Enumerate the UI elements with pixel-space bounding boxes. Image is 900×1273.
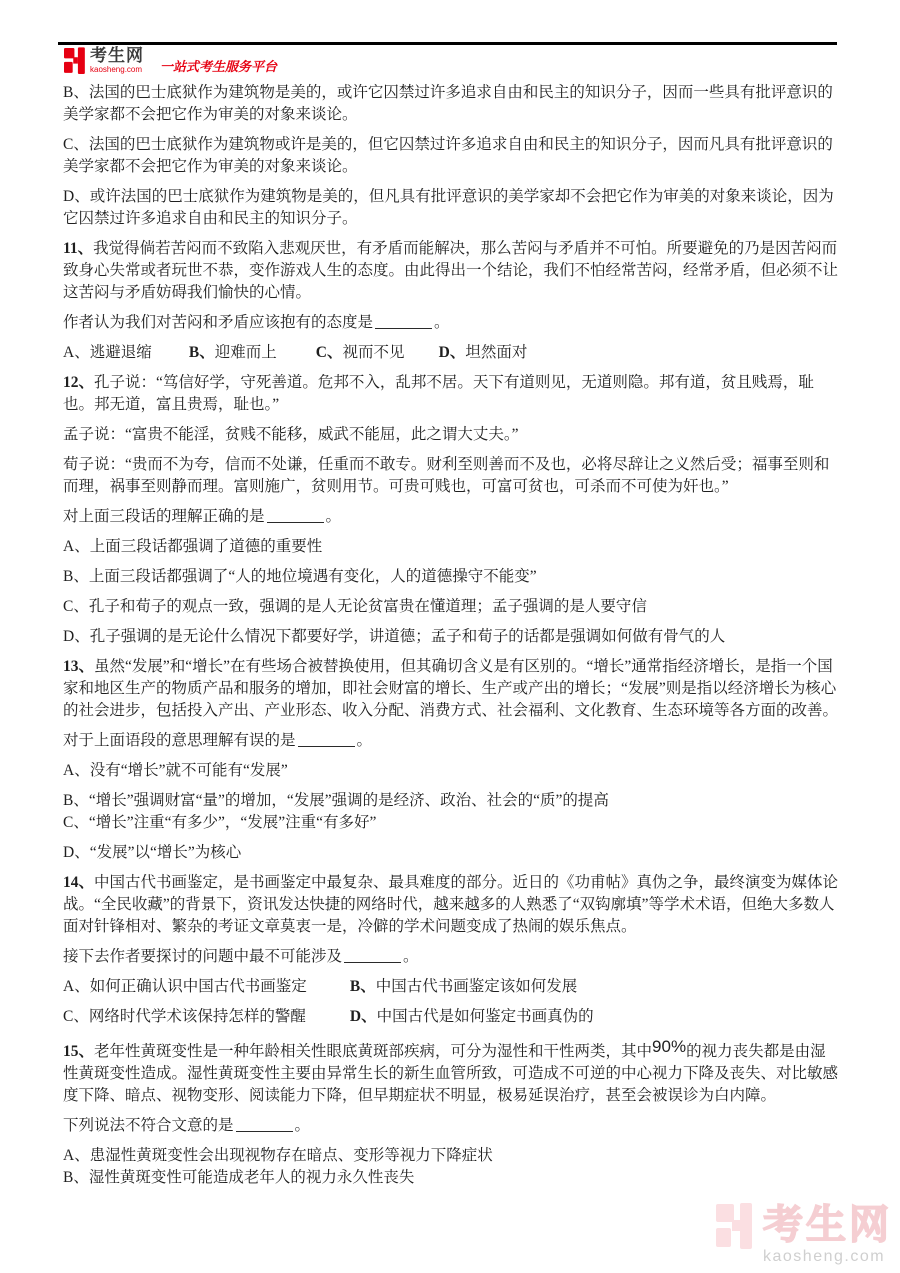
option-letter: A、 [63,762,90,779]
stem-text: 接下去作者要探讨的问题中最不可能涉及 [63,948,342,965]
option-letter: A、 [63,1147,90,1164]
question-12-xunzi: 荀子说：“贵而不为夸，信而不处谦，任重而不敢专。财利至则善而不及也，必将尽辞让之… [63,454,839,498]
option-letter: B、 [63,568,89,585]
option-text: 孔子强调的是无论什么情况下都要好学，讲道德；孟子和荀子的话都是强调如何做有骨气的… [90,628,726,645]
option-text: 网络时代学术该保持怎样的警醒 [89,1008,306,1025]
question-11-text: 11、我觉得倘若苦闷而不致陷入悲观厌世，有矛盾而能解决，那么苦闷与矛盾并不可怕。… [63,238,839,304]
option-letter: C、 [63,598,89,615]
q12-option-d: D、孔子强调的是无论什么情况下都要好学，讲道德；孟子和荀子的话都是强调如何做有骨… [63,626,839,648]
option-letter: D、 [439,344,466,361]
option-text: 中国古代是如何鉴定书画真伪的 [377,1008,594,1025]
option-letter: D、 [63,628,90,645]
q14-option-a: A、如何正确认识中国古代书画鉴定 [63,976,346,998]
stem-text: 对于上面语段的意思理解有误的是 [63,732,296,749]
question-14-options-row-1: A、如何正确认识中国古代书画鉴定 B、中国古代书画鉴定该如何发展 [63,976,839,998]
question-14-stem: 接下去作者要探讨的问题中最不可能涉及。 [63,946,839,968]
option-letter: B、 [63,84,89,101]
answer-blank [344,948,401,963]
q14-option-d: D、中国古代是如何鉴定书画真伪的 [350,1006,594,1028]
question-body: 荀子说：“贵而不为夸，信而不处谦，任重而不敢专。财利至则善而不及也，必将尽辞让之… [63,456,829,495]
option-letter: C、 [63,136,89,153]
option-letter: D、 [63,844,90,861]
question-body: 我觉得倘若苦闷而不致陷入悲观厌世，有矛盾而能解决，那么苦闷与矛盾并不可怕。所要避… [63,240,838,301]
option-text: “增长”强调财富“量”的增加，“发展”强调的是经济、政治、社会的“质”的提高 [89,792,609,809]
question-12-kongzi: 12、孔子说：“笃信好学，守死善道。危邦不入，乱邦不居。天下有道则见，无道则隐。… [63,372,839,416]
option-letter: D、 [63,188,90,205]
option-letter: C、 [316,344,343,361]
option-letter: A、 [63,538,90,555]
q13-option-b: B、“增长”强调财富“量”的增加，“发展”强调的是经济、政治、社会的“质”的提高 [63,790,839,812]
question-12-mengzi: 孟子说：“富贵不能淫，贫贱不能移，威武不能屈，此之谓大丈夫。” [63,424,839,446]
stem-text: 作者认为我们对苦闷和矛盾应该抱有的态度是 [63,314,373,331]
option-text: 孔子和荀子的观点一致，强调的是人无论贫富贵在懂道理；孟子强调的是人要守信 [89,598,647,615]
q11-option-b: B、迎难而上 [189,342,312,364]
option-text: 上面三段话都强调了道德的重要性 [90,538,323,555]
q13-option-a: A、没有“增长”就不可能有“发展” [63,760,839,782]
q14-option-b: B、中国古代书画鉴定该如何发展 [350,976,577,998]
question-body: 孔子说：“笃信好学，守死善道。危邦不入，乱邦不居。天下有道则见，无道则隐。邦有道… [63,374,814,413]
option-text: 迎难而上 [215,344,277,361]
option-text: 患湿性黄斑变性会出现视物存在暗点、变形等视力下降症状 [90,1147,493,1164]
option-text: 法国的巴士底狱作为建筑物是美的，或许它囚禁过许多追求自由和民主的知识分子，因而一… [63,84,833,123]
question-13-stem: 对于上面语段的意思理解有误的是。 [63,730,839,752]
option-text: “发展”以“增长”为核心 [90,844,242,861]
question-body: 中国古代书画鉴定，是书画鉴定中最复杂、最具难度的部分。近日的《功甫帖》真伪之争，… [63,874,838,935]
q13-option-d: D、“发展”以“增长”为核心 [63,842,839,864]
q14-option-c: C、网络时代学术该保持怎样的警醒 [63,1006,346,1028]
header-rule [58,42,837,45]
q11-option-d: D、坦然面对 [439,342,528,364]
option-text: 坦然面对 [465,344,527,361]
stem-period: 。 [403,948,419,965]
question-number: 15、 [63,1043,94,1060]
q13-option-c: C、“增长”注重“有多少”，“发展”注重“有多好” [63,812,839,834]
option-letter: B、 [189,344,215,361]
question-number: 13、 [63,658,94,675]
q10-option-c: C、法国的巴士底狱作为建筑物或许是美的，但它囚禁过许多追求自由和民主的知识分子，… [63,134,839,178]
question-15-stem: 下列说法不符合文意的是。 [63,1115,839,1137]
option-letter: D、 [350,1008,377,1025]
percent-value: 90% [652,1037,686,1056]
question-15-text: 15、老年性黄斑变性是一种年龄相关性眼底黄斑部疾病，可分为湿性和干性两类，其中9… [63,1036,839,1107]
option-text: 如何正确认识中国古代书画鉴定 [90,978,307,995]
option-text: 没有“增长”就不可能有“发展” [90,762,288,779]
question-13-text: 13、虽然“发展”和“增长”在有些场合被替换使用，但其确切含义是有区别的。“增长… [63,656,839,722]
q15-option-b: B、湿性黄斑变性可能造成老年人的视力永久性丧失 [63,1167,839,1189]
answer-blank [298,732,355,747]
question-number: 12、 [63,374,94,391]
stem-text: 下列说法不符合文意的是 [63,1117,234,1134]
question-number: 11、 [63,240,93,257]
question-11-options-row: A、逃避退缩 B、迎难而上 C、视而不见 D、坦然面对 [63,342,839,364]
option-letter: A、 [63,344,90,361]
exam-document-page: 考生网 kaosheng.com 一站式考生服务平台 B、法国的巴士底狱作为建筑… [0,0,900,1273]
answer-blank [267,508,324,523]
answer-blank [375,314,432,329]
question-12-stem: 对上面三段话的理解正确的是。 [63,506,839,528]
option-letter: C、 [63,814,89,831]
stem-period: 。 [357,732,373,749]
question-body: 老年性黄斑变性是一种年龄相关性眼底黄斑部疾病，可分为湿性和干性两类，其中 [94,1043,652,1060]
watermark-domain: kaosheng.com [763,1248,892,1266]
exam-content: B、法国的巴士底狱作为建筑物是美的，或许它囚禁过许多追求自由和民主的知识分子，因… [63,70,839,1197]
option-letter: B、 [63,1169,89,1186]
option-letter: C、 [63,1008,89,1025]
stem-period: 。 [326,508,342,525]
question-14-options-row-2: C、网络时代学术该保持怎样的警醒 D、中国古代是如何鉴定书画真伪的 [63,1006,839,1028]
question-body: 孟子说：“富贵不能淫，贫贱不能移，威武不能屈，此之谓大丈夫。” [63,426,519,443]
question-14-text: 14、中国古代书画鉴定，是书画鉴定中最复杂、最具难度的部分。近日的《功甫帖》真伪… [63,872,839,938]
option-letter: B、 [63,792,89,809]
q10-option-b: B、法国的巴士底狱作为建筑物是美的，或许它囚禁过许多追求自由和民主的知识分子，因… [63,82,839,126]
q12-option-b: B、上面三段话都强调了“人的地位境遇有变化，人的道德操守不能变” [63,566,839,588]
option-text: 中国古代书画鉴定该如何发展 [376,978,578,995]
q12-option-c: C、孔子和荀子的观点一致，强调的是人无论贫富贵在懂道理；孟子强调的是人要守信 [63,596,839,618]
q12-option-a: A、上面三段话都强调了道德的重要性 [63,536,839,558]
q15-option-a: A、患湿性黄斑变性会出现视物存在暗点、变形等视力下降症状 [63,1145,839,1167]
stem-period: 。 [295,1117,311,1134]
q11-option-a: A、逃避退缩 [63,342,185,364]
option-letter: B、 [350,978,376,995]
option-text: 或许法国的巴士底狱作为建筑物是美的，但凡具有批评意识的美学家却不会把它作为审美的… [63,188,834,227]
stem-period: 。 [434,314,450,331]
watermark-text-block: 考生网 kaosheng.com [763,1203,892,1266]
q10-option-d: D、或许法国的巴士底狱作为建筑物是美的，但凡具有批评意识的美学家却不会把它作为审… [63,186,839,230]
option-letter: A、 [63,978,90,995]
question-body: 虽然“发展”和“增长”在有些场合被替换使用，但其确切含义是有区别的。“增长”通常… [63,658,838,719]
option-text: 逃避退缩 [90,344,152,361]
question-number: 14、 [63,874,94,891]
watermark: 考生网 kaosheng.com [716,1203,892,1266]
option-text: 法国的巴士底狱作为建筑物或许是美的，但它囚禁过许多追求自由和民主的知识分子，因而… [63,136,833,175]
option-text: 视而不见 [342,344,404,361]
kaosheng-watermark-logo-icon [716,1203,754,1250]
option-text: 湿性黄斑变性可能造成老年人的视力永久性丧失 [89,1169,415,1186]
option-text: “增长”注重“有多少”，“发展”注重“有多好” [89,814,377,831]
answer-blank [236,1117,293,1132]
watermark-brand: 考生网 [763,1203,892,1247]
option-text: 上面三段话都强调了“人的地位境遇有变化，人的道德操守不能变” [89,568,537,585]
brand-name: 考生网 [90,47,144,64]
question-11-stem: 作者认为我们对苦闷和矛盾应该抱有的态度是。 [63,312,839,334]
stem-text: 对上面三段话的理解正确的是 [63,508,265,525]
q11-option-c: C、视而不见 [316,342,435,364]
